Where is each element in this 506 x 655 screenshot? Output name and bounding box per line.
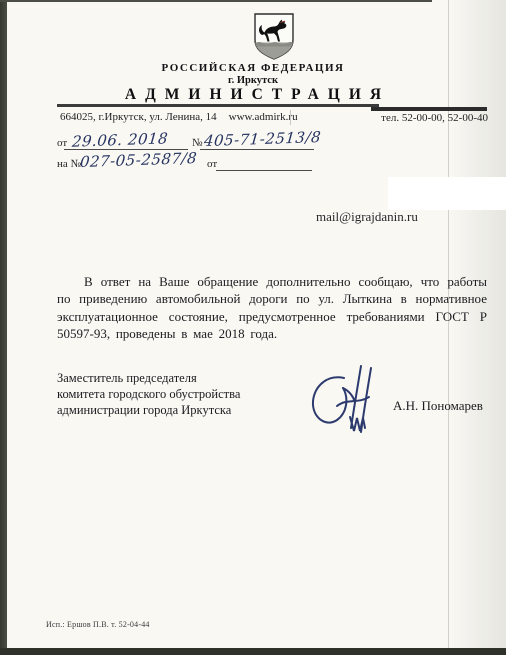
irkutsk-coat-of-arms-icon xyxy=(252,13,296,61)
reply-number-label: на № xyxy=(57,158,81,170)
handwritten-signature-icon xyxy=(300,361,392,445)
scan-edge-top xyxy=(0,0,432,2)
postal-address: 664025, г.Иркутск, ул. Ленина, 14 xyxy=(60,111,217,123)
reply-number-handwritten: 027-05-2587/8 xyxy=(79,149,198,171)
country-title: РОССИЙСКАЯ ФЕДЕРАЦИЯ xyxy=(0,62,506,74)
signer-position: Заместитель председателя комитета городс… xyxy=(57,370,240,419)
header-rule-right xyxy=(371,107,487,111)
outgoing-number-handwritten: 405-71-2513/8 xyxy=(203,128,322,150)
phone-numbers: тел. 52-00-00, 52-00-40 xyxy=(381,112,488,124)
reply-date-label: от xyxy=(207,158,217,170)
signer-position-line: администрации города Иркутска xyxy=(57,402,240,418)
outgoing-date-handwritten: 29.06. 2018 xyxy=(71,129,169,150)
address-line: 664025, г.Иркутск, ул. Ленина, 14www.adm… xyxy=(60,111,298,123)
redacted-area xyxy=(388,177,506,210)
signer-name: А.Н. Пономарев xyxy=(393,398,483,414)
header-rule-left xyxy=(57,104,379,107)
signer-position-line: Заместитель председателя xyxy=(57,370,240,386)
outgoing-number-label: № xyxy=(192,137,203,149)
outgoing-date-label: от xyxy=(57,137,67,149)
city-title: г. Иркутск xyxy=(0,75,506,86)
signer-position-line: комитета городского обустройства xyxy=(57,386,240,402)
website: www.admirk.ru xyxy=(229,111,298,123)
executor-note: Исп.: Ершов П.В. т. 52-04-44 xyxy=(46,620,150,629)
scan-edge-bottom xyxy=(0,648,506,655)
recipient-email: mail@igrajdanin.ru xyxy=(316,209,418,225)
contacts-divider xyxy=(290,110,291,125)
number-field-underline xyxy=(200,149,314,150)
reply-date-underline xyxy=(216,170,312,171)
letter-body-paragraph: В ответ на Ваше обращение дополнительно … xyxy=(57,273,487,342)
scanned-letter-page: РОССИЙСКАЯ ФЕДЕРАЦИЯ г. Иркутск АДМИНИСТ… xyxy=(0,0,506,655)
organization-title: АДМИНИСТРАЦИЯ xyxy=(0,86,506,104)
